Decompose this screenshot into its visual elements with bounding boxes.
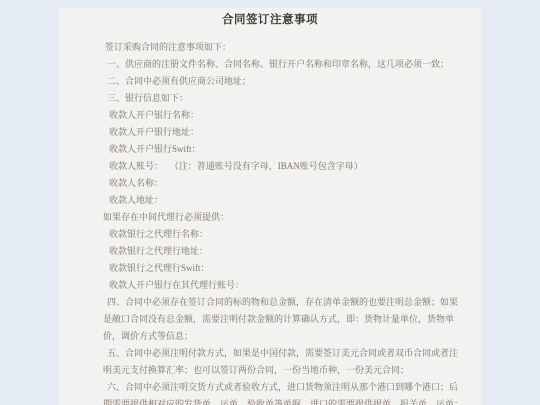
document-title: 合同签订注意事项 — [59, 13, 481, 28]
document-line: 收款人开户银行名称： — [59, 107, 481, 124]
document-line: 收款人开户银行在其代理行账号： — [59, 277, 481, 294]
document-line: 收款人开户银行地址： — [59, 124, 481, 141]
document-line: 收款银行之代理行地址： — [59, 243, 481, 260]
document-line: 期需要提供相对应的发货单、运单、验收单等单据，进口的需要提供提单、报关单、运单； — [59, 396, 481, 405]
document-line: 签订采购合同的注意事项如下： — [59, 39, 481, 56]
document-viewport: 合同签订注意事项 签订采购合同的注意事项如下：一、供应商的注册文件名称、合同名称… — [0, 0, 540, 405]
document-line: 价，调价方式等信息； — [59, 328, 481, 345]
document-line: 收款人账号： （注：普通账号没有字母，IBAN账号包含字母） — [59, 158, 481, 175]
document-line: 一、供应商的注册文件名称、合同名称、银行开户名称和印章名称，这几项必须一致； — [59, 56, 481, 73]
document-line: 收款人名称： — [59, 175, 481, 192]
document-page: 合同签订注意事项 签订采购合同的注意事项如下：一、供应商的注册文件名称、合同名称… — [59, 8, 481, 405]
document-line: 收款人地址： — [59, 192, 481, 209]
document-body: 签订采购合同的注意事项如下：一、供应商的注册文件名称、合同名称、银行开户名称和印… — [59, 39, 481, 405]
document-line: 二、合同中必须有供应商公司地址； — [59, 73, 481, 90]
document-line: 五、合同中必须注明付款方式，如果是中国付款，需要签订美元合同或者双币合同或者注 — [59, 345, 481, 362]
document-line: 明美元支付换算汇率；也可以签订两份合同，一份当地币种，一份美元合同； — [59, 362, 481, 379]
document-line: 收款人开户银行Swift： — [59, 141, 481, 158]
document-line: 是敞口合同没有总金额，需要注明付款金额的计算确认方式，即：货物计量单位，货物单 — [59, 311, 481, 328]
document-line: 三、银行信息如下： — [59, 90, 481, 107]
document-line: 如果存在中间代理行必须提供： — [59, 209, 481, 226]
document-line: 收款银行之代理行Swift： — [59, 260, 481, 277]
document-line: 四、合同中必须存在签订合同的标的物和总金额，存在清单金额的也要注明总金额；如果 — [59, 294, 481, 311]
document-line: 收款银行之代理行名称： — [59, 226, 481, 243]
document-line: 六、合同中必须注明交货方式或者验收方式，进口货物须注明从那个港口到哪个港口；后 — [59, 379, 481, 396]
